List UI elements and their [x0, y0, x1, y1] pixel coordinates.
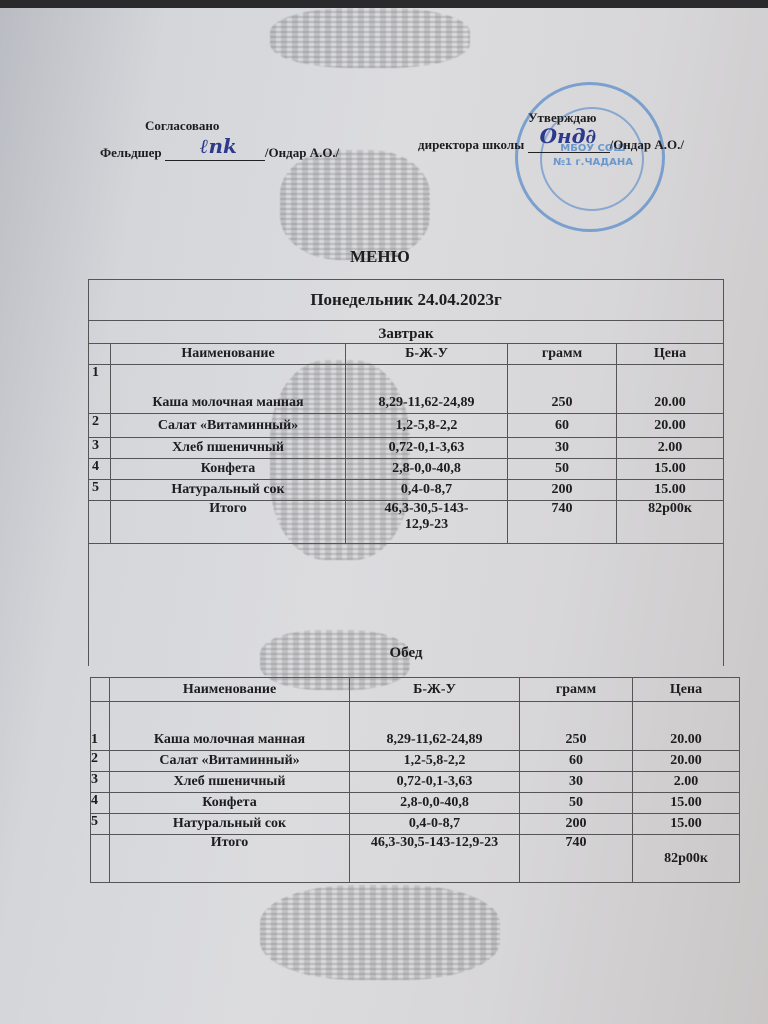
school-stamp-icon: МБОУ СОШ №1 г.ЧАДАНА: [515, 82, 665, 232]
print-artifact: [280, 150, 430, 260]
column-header-bju: Б-Ж-У: [350, 678, 520, 702]
menu-table-breakfast: Понедельник 24.04.2023г Завтрак Наименов…: [88, 279, 724, 666]
table-row: 4 Конфета 2,8-0,0-40,8 50 15.00: [91, 793, 740, 814]
column-header-bju: Б-Ж-У: [346, 344, 508, 365]
total-row: Итого 46,3-30,5-143-12,9-23 740 82р00к: [91, 835, 740, 883]
section-title-breakfast: Завтрак: [89, 321, 724, 344]
stamp-text-bottom: №1 г.ЧАДАНА: [518, 157, 668, 168]
column-header-gram: грамм: [520, 678, 633, 702]
column-header-gram: грамм: [508, 344, 617, 365]
column-header-price: Цена: [633, 678, 740, 702]
table-row: 2 Салат «Витаминный» 1,2-5,8-2,2 60 20.0…: [89, 414, 724, 438]
medic-role: Фельдшер: [100, 145, 162, 160]
table-row: 3 Хлеб пшеничный 0,72-0,1-3,63 30 2.00: [91, 772, 740, 793]
medic-name: /Ондар А.О./: [265, 145, 339, 160]
table-row: 5 Натуральный сок 0,4-0-8,7 200 15.00: [91, 814, 740, 835]
medic-signature-line: ℓnk: [165, 148, 265, 161]
table-header-row: Наименование Б-Ж-У грамм Цена: [89, 344, 724, 365]
menu-table-lunch: Наименование Б-Ж-У грамм Цена 1 Каша мол…: [90, 677, 740, 883]
section-title-lunch: Обед: [89, 544, 724, 667]
column-header-name: Наименование: [111, 344, 346, 365]
agreed-label: Согласовано: [145, 118, 219, 134]
director-name: /Ондар А.О./: [610, 137, 684, 152]
day-heading: Понедельник 24.04.2023г: [89, 280, 724, 321]
table-row: 1 Каша молочная манная 8,29-11,62-24,89 …: [89, 365, 724, 414]
print-artifact: [260, 885, 500, 980]
print-artifact: [270, 8, 470, 68]
column-header-name: Наименование: [110, 678, 350, 702]
director-role: директора школы: [418, 137, 524, 152]
director-signature-line: Онд∂: [528, 140, 610, 153]
medic-signature-icon: ℓnk: [200, 134, 237, 159]
photo-edge: [0, 0, 768, 8]
director-signature-icon: Онд∂: [540, 124, 597, 148]
table-row: 5 Натуральный сок 0,4-0-8,7 200 15.00: [89, 480, 724, 501]
table-row: 3 Хлеб пшеничный 0,72-0,1-3,63 30 2.00: [89, 438, 724, 459]
table-row: 1 Каша молочная манная 8,29-11,62-24,89 …: [91, 702, 740, 751]
table-header-row: Наименование Б-Ж-У грамм Цена: [91, 678, 740, 702]
table-row: 2 Салат «Витаминный» 1,2-5,8-2,2 60 20.0…: [91, 751, 740, 772]
table-row: 4 Конфета 2,8-0,0-40,8 50 15.00: [89, 459, 724, 480]
column-header-price: Цена: [617, 344, 724, 365]
total-row: Итого 46,3-30,5-143-12,9-23 740 82р00к: [89, 501, 724, 544]
menu-title: МЕНЮ: [350, 247, 410, 267]
